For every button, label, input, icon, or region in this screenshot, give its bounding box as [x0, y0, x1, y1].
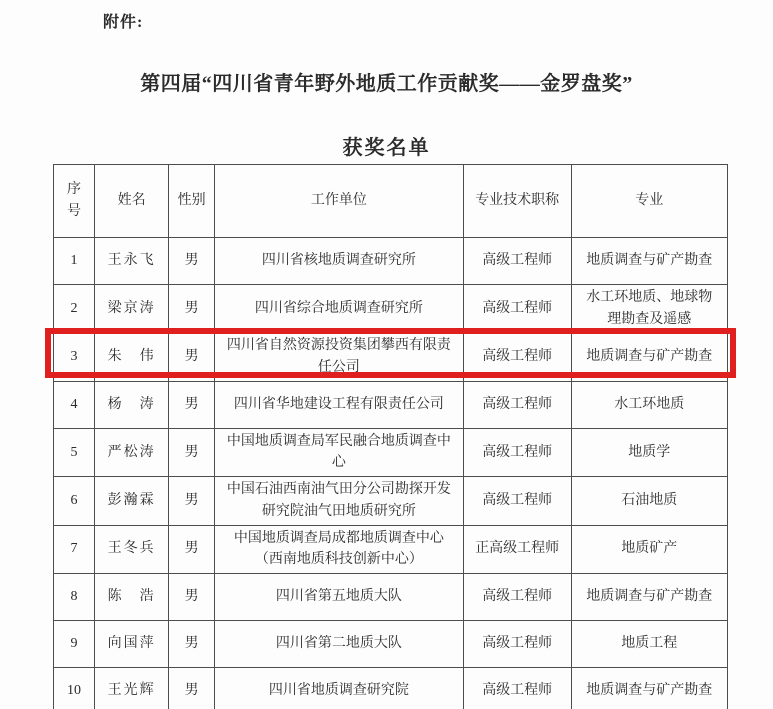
cell-gender: 男	[169, 620, 215, 667]
awards-table-container: 序号姓名性别工作单位专业技术职称专业 1王永飞男四川省核地质调查研究所高级工程师…	[53, 164, 728, 705]
cell-unit: 中国石油西南油气田分公司勘探开发研究院油气田地质研究所	[215, 477, 464, 525]
cell-no: 1	[54, 238, 95, 285]
cell-name: 杨 涛	[95, 381, 169, 428]
cell-name: 向国萍	[95, 620, 169, 667]
cell-name: 梁京涛	[95, 285, 169, 333]
cell-gender: 男	[169, 428, 215, 476]
cell-gender: 男	[169, 525, 215, 573]
cell-title: 高级工程师	[463, 620, 571, 667]
awards-table: 序号姓名性别工作单位专业技术职称专业 1王永飞男四川省核地质调查研究所高级工程师…	[53, 164, 728, 709]
cell-name: 王冬兵	[95, 525, 169, 573]
cell-unit: 四川省华地建设工程有限责任公司	[215, 381, 464, 428]
table-row: 7王冬兵男中国地质调查局成都地质调查中心（西南地质科技创新中心）正高级工程师地质…	[54, 525, 728, 573]
column-header-gender: 性别	[169, 165, 215, 238]
cell-name: 王光辉	[95, 667, 169, 709]
cell-gender: 男	[169, 573, 215, 620]
cell-title: 高级工程师	[463, 381, 571, 428]
cell-gender: 男	[169, 285, 215, 333]
column-header-no: 序号	[54, 165, 95, 238]
cell-unit: 四川省第二地质大队	[215, 620, 464, 667]
cell-unit: 四川省综合地质调查研究所	[215, 285, 464, 333]
cell-no: 10	[54, 667, 95, 709]
cell-no: 6	[54, 477, 95, 525]
cell-major: 地质调查与矿产勘查	[571, 573, 727, 620]
column-header-unit: 工作单位	[215, 165, 464, 238]
table-row: 10王光辉男四川省地质调查研究院高级工程师地质调查与矿产勘查	[54, 667, 728, 709]
cell-major: 地质学	[571, 428, 727, 476]
cell-major: 水工环地质、地球物理勘查及遥感	[571, 285, 727, 333]
cell-title: 高级工程师	[463, 238, 571, 285]
table-row: 8陈 浩男四川省第五地质大队高级工程师地质调查与矿产勘查	[54, 573, 728, 620]
cell-gender: 男	[169, 238, 215, 285]
cell-title: 高级工程师	[463, 667, 571, 709]
cell-major: 水工环地质	[571, 381, 727, 428]
cell-no: 2	[54, 285, 95, 333]
table-row: 1王永飞男四川省核地质调查研究所高级工程师地质调查与矿产勘查	[54, 238, 728, 285]
cell-name: 王永飞	[95, 238, 169, 285]
cell-name: 陈 浩	[95, 573, 169, 620]
page-title: 第四届“四川省青年野外地质工作贡献奖——金罗盘奖”	[0, 67, 773, 96]
cell-unit: 中国地质调查局军民融合地质调查中心	[215, 428, 464, 476]
table-row: 6彭瀚霖男中国石油西南油气田分公司勘探开发研究院油气田地质研究所高级工程师石油地…	[54, 477, 728, 525]
cell-title: 高级工程师	[463, 428, 571, 476]
cell-title: 高级工程师	[463, 573, 571, 620]
cell-no: 9	[54, 620, 95, 667]
cell-title: 高级工程师	[463, 477, 571, 525]
cell-gender: 男	[169, 381, 215, 428]
cell-no: 5	[54, 428, 95, 476]
cell-title: 正高级工程师	[463, 525, 571, 573]
table-header-row: 序号姓名性别工作单位专业技术职称专业	[54, 165, 728, 238]
cell-no: 8	[54, 573, 95, 620]
table-row-highlighted: 3朱 伟男四川省自然资源投资集团攀西有限责任公司高级工程师地质调查与矿产勘查	[54, 333, 728, 381]
cell-gender: 男	[169, 477, 215, 525]
attachment-label: 附件:	[103, 9, 143, 32]
cell-title: 高级工程师	[463, 285, 571, 333]
cell-name: 严松涛	[95, 428, 169, 476]
cell-major: 地质工程	[571, 620, 727, 667]
table-row: 5严松涛男中国地质调查局军民融合地质调查中心高级工程师地质学	[54, 428, 728, 476]
cell-no: 3	[54, 333, 95, 381]
column-header-title: 专业技术职称	[463, 165, 571, 238]
cell-gender: 男	[169, 667, 215, 709]
cell-unit: 四川省地质调查研究院	[215, 667, 464, 709]
cell-unit: 四川省自然资源投资集团攀西有限责任公司	[215, 333, 464, 381]
column-header-major: 专业	[571, 165, 727, 238]
cell-major: 石油地质	[571, 477, 727, 525]
cell-major: 地质调查与矿产勘查	[571, 667, 727, 709]
table-body: 1王永飞男四川省核地质调查研究所高级工程师地质调查与矿产勘查2梁京涛男四川省综合…	[54, 238, 728, 709]
cell-gender: 男	[169, 333, 215, 381]
cell-unit: 中国地质调查局成都地质调查中心（西南地质科技创新中心）	[215, 525, 464, 573]
cell-no: 7	[54, 525, 95, 573]
cell-major: 地质调查与矿产勘查	[571, 333, 727, 381]
cell-major: 地质调查与矿产勘查	[571, 238, 727, 285]
table-row: 2梁京涛男四川省综合地质调查研究所高级工程师水工环地质、地球物理勘查及遥感	[54, 285, 728, 333]
cell-unit: 四川省第五地质大队	[215, 573, 464, 620]
cell-major: 地质矿产	[571, 525, 727, 573]
page-subtitle: 获奖名单	[0, 131, 773, 160]
cell-no: 4	[54, 381, 95, 428]
cell-name: 彭瀚霖	[95, 477, 169, 525]
cell-name: 朱 伟	[95, 333, 169, 381]
cell-unit: 四川省核地质调查研究所	[215, 238, 464, 285]
cell-title: 高级工程师	[463, 333, 571, 381]
table-row: 9向国萍男四川省第二地质大队高级工程师地质工程	[54, 620, 728, 667]
column-header-name: 姓名	[95, 165, 169, 238]
table-row: 4杨 涛男四川省华地建设工程有限责任公司高级工程师水工环地质	[54, 381, 728, 428]
